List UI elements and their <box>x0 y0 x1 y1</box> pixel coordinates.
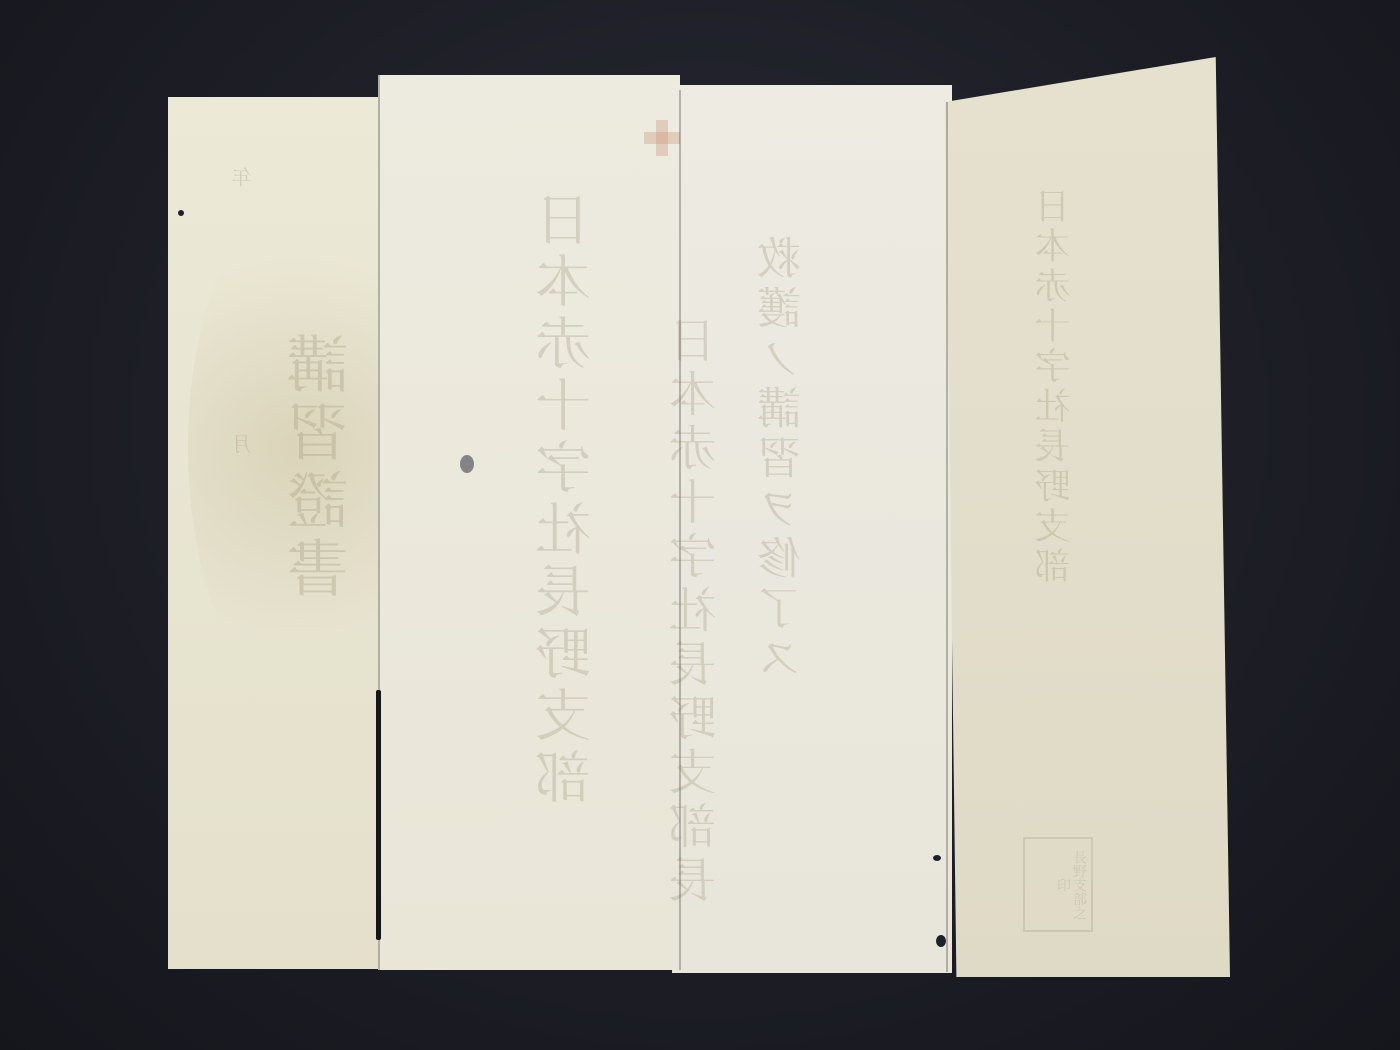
fold-crease-2 <box>679 90 681 970</box>
ghost-text-branch-head: 日本赤十字社長野支部長 <box>662 315 731 909</box>
ink-spot <box>460 455 474 473</box>
folded-document-photo: 講習證書 年 月 日本赤十字社長野支部 救護ノ講習ヲ修了ス 日本赤十字社長野支部… <box>0 0 1400 1050</box>
ghost-text-course: 救護ノ講習ヲ修了ス <box>752 235 816 685</box>
ink-spot <box>178 210 184 216</box>
ghost-text-branch: 日本赤十字社長野支部 <box>528 190 608 810</box>
ink-spot <box>933 855 941 861</box>
red-cross-emblem-icon <box>644 120 680 156</box>
document-panel-4: 日本赤十字社長野支部 長野支部之印 <box>945 57 1230 977</box>
ghost-text-org: 日本赤十字社長野支部 <box>1030 187 1081 587</box>
ink-spot <box>936 935 946 947</box>
seal-stamp: 長野支部之印 <box>1023 837 1093 932</box>
ghost-text-certificate: 講習證書 <box>278 332 367 604</box>
fold-crease-3 <box>946 102 948 972</box>
ghost-text-date-marks: 年 月 <box>228 167 257 573</box>
document-panel-2: 日本赤十字社長野支部 <box>378 75 680 970</box>
document-panel-1: 講習證書 年 月 <box>168 97 405 969</box>
document-panel-3: 救護ノ講習ヲ修了ス 日本赤十字社長野支部長 <box>672 85 952 973</box>
torn-fold-edge <box>376 690 381 940</box>
